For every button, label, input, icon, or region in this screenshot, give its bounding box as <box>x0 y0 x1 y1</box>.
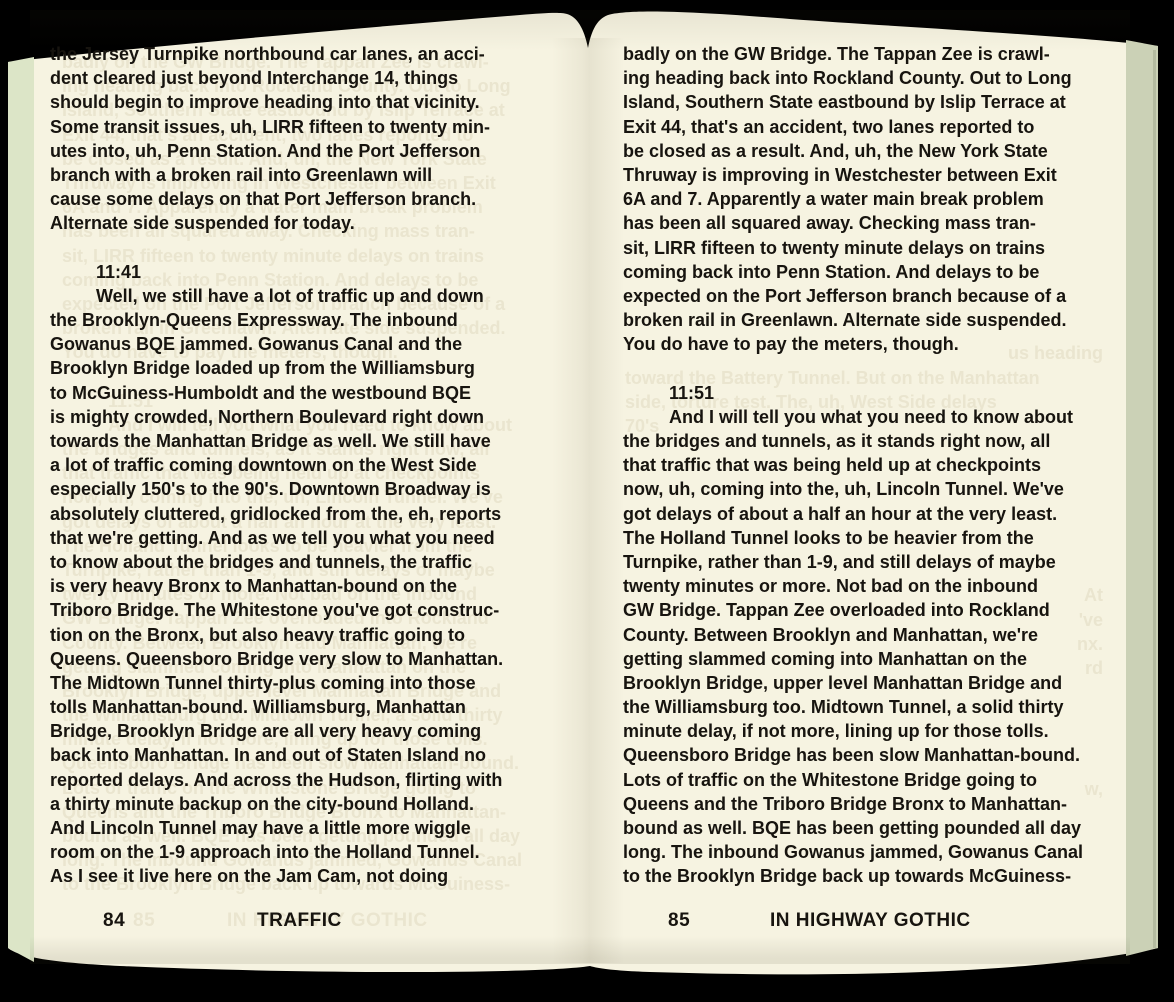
text-line: The Holland Tunnel looks to be heavier f… <box>623 526 1123 550</box>
text-line: Brooklyn Bridge loaded up from the Willi… <box>50 356 555 380</box>
text-line: Gowanus BQE jammed. Gowanus Canal and th… <box>50 332 555 356</box>
right-running-title: IN HIGHWAY GOTHIC <box>770 910 971 932</box>
text-line: dent cleared just beyond Interchange 14,… <box>50 66 555 90</box>
text-line: Exit 44, that's an accident, two lanes r… <box>623 115 1123 139</box>
text-line: got delays of about a half an hour at th… <box>623 502 1123 526</box>
text-line: Bridge, Brooklyn Bridge are all very hea… <box>50 719 555 743</box>
text-line: absolutely cluttered, gridlocked from th… <box>50 502 555 526</box>
text-line: Alternate side suspended for today. <box>50 211 555 235</box>
text-line: Queensboro Bridge has been slow Manhatta… <box>623 743 1123 767</box>
text-line: badly on the GW Bridge. The Tappan Zee i… <box>623 42 1123 66</box>
text-line: minute delay, if not more, lining up for… <box>623 719 1123 743</box>
right-page-number: 85 <box>668 910 690 932</box>
text-line: And Lincoln Tunnel may have a little mor… <box>50 816 555 840</box>
text-line: Lots of traffic on the Whitestone Bridge… <box>623 768 1123 792</box>
text-line: a thirty minute backup on the city-bound… <box>50 792 555 816</box>
text-line: coming back into Penn Station. And delay… <box>623 260 1123 284</box>
text-line: sit, LIRR fifteen to twenty minute delay… <box>623 236 1123 260</box>
left-page-text: the Jersey Turnpike northbound car lanes… <box>50 42 555 889</box>
fore-edge-left <box>8 57 34 962</box>
page-edge-line <box>1153 50 1156 948</box>
text-line: The Midtown Tunnel thirty-plus coming in… <box>50 671 555 695</box>
text-line: As I see it live here on the Jam Cam, no… <box>50 864 555 888</box>
text-line: Well, we still have a lot of traffic up … <box>50 284 555 308</box>
book-photo: badly on the GW Bridge. The Tappan Zee i… <box>0 0 1174 1002</box>
text-line: the bridges and tunnels, as it stands ri… <box>623 429 1123 453</box>
right-page-text: badly on the GW Bridge. The Tappan Zee i… <box>623 42 1123 889</box>
text-line: back into Manhattan. In and out of State… <box>50 743 555 767</box>
text-line: branch with a broken rail into Greenlawn… <box>50 163 555 187</box>
text-line: now, uh, coming into the, uh, Lincoln Tu… <box>623 477 1123 501</box>
text-line: cause some delays on that Port Jefferson… <box>50 187 555 211</box>
left-running-title: TRAFFIC <box>257 910 342 932</box>
text-line: towards the Manhattan Bridge as well. We… <box>50 429 555 453</box>
left-page-footer: 85 IN HIGHWAY GOTHIC 84 TRAFFIC <box>0 910 587 940</box>
text-line: getting slammed coming into Manhattan on… <box>623 647 1123 671</box>
text-line: 6A and 7. Apparently a water main break … <box>623 187 1123 211</box>
text-line: Island, Southern State eastbound by Isli… <box>623 90 1123 114</box>
text-line: the Jersey Turnpike northbound car lanes… <box>50 42 555 66</box>
ghost-page-number: 85 <box>133 910 155 932</box>
text-line: expected on the Port Jefferson branch be… <box>623 284 1123 308</box>
text-line: ing heading back into Rockland County. O… <box>623 66 1123 90</box>
text-line: Some transit issues, uh, LIRR fifteen to… <box>50 115 555 139</box>
text-line: be closed as a result. And, uh, the New … <box>623 139 1123 163</box>
text-line: a lot of traffic coming downtown on the … <box>50 453 555 477</box>
text-line: to the Brooklyn Bridge back up towards M… <box>623 864 1123 888</box>
text-line: broken rail in Greenlawn. Alternate side… <box>623 308 1123 332</box>
text-line: the Williamsburg too. Midtown Tunnel, a … <box>623 695 1123 719</box>
text-line: GW Bridge. Tappan Zee overloaded into Ro… <box>623 598 1123 622</box>
text-line: Queens and the Triboro Bridge Bronx to M… <box>623 792 1123 816</box>
text-line: utes into, uh, Penn Station. And the Por… <box>50 139 555 163</box>
text-line: Thruway is improving in Westchester betw… <box>623 163 1123 187</box>
timestamp: 11:51 <box>623 381 1123 405</box>
text-line: bound as well. BQE has been getting poun… <box>623 816 1123 840</box>
text-line: reported delays. And across the Hudson, … <box>50 768 555 792</box>
text-line: the Brooklyn-Queens Expressway. The inbo… <box>50 308 555 332</box>
text-line: tion on the Bronx, but also heavy traffi… <box>50 623 555 647</box>
text-line: Turnpike, rather than 1-9, and still del… <box>623 550 1123 574</box>
text-line: that traffic that was being held up at c… <box>623 453 1123 477</box>
text-line: is mighty crowded, Northern Boulevard ri… <box>50 405 555 429</box>
text-line: County. Between Brooklyn and Manhattan, … <box>623 623 1123 647</box>
text-line: Brooklyn Bridge, upper level Manhattan B… <box>623 671 1123 695</box>
text-line: tolls Manhattan-bound. Williamsburg, Man… <box>50 695 555 719</box>
bottom-page-shade <box>30 936 1130 964</box>
timestamp: 11:41 <box>50 260 555 284</box>
text-line: Triboro Bridge. The Whitestone you've go… <box>50 598 555 622</box>
text-line: should begin to improve heading into tha… <box>50 90 555 114</box>
text-line: is very heavy Bronx to Manhattan-bound o… <box>50 574 555 598</box>
text-line: to McGuiness-Humboldt and the westbound … <box>50 381 555 405</box>
text-line: Queens. Queensboro Bridge very slow to M… <box>50 647 555 671</box>
text-line: to know about the bridges and tunnels, t… <box>50 550 555 574</box>
text-line: And I will tell you what you need to kno… <box>623 405 1123 429</box>
right-page-footer: 85 IN HIGHWAY GOTHIC <box>587 910 1174 940</box>
text-line: long. The inbound Gowanus jammed, Gowanu… <box>623 840 1123 864</box>
text-line: that we're getting. And as we tell you w… <box>50 526 555 550</box>
left-page-number: 84 <box>103 910 125 932</box>
text-line: twenty minutes or more. Not bad on the i… <box>623 574 1123 598</box>
text-line: room on the 1-9 approach into the Hollan… <box>50 840 555 864</box>
text-line: You do have to pay the meters, though. <box>623 332 1123 356</box>
text-line: has been all squared away. Checking mass… <box>623 211 1123 235</box>
text-line: especially 150's to the 90's. Downtown B… <box>50 477 555 501</box>
